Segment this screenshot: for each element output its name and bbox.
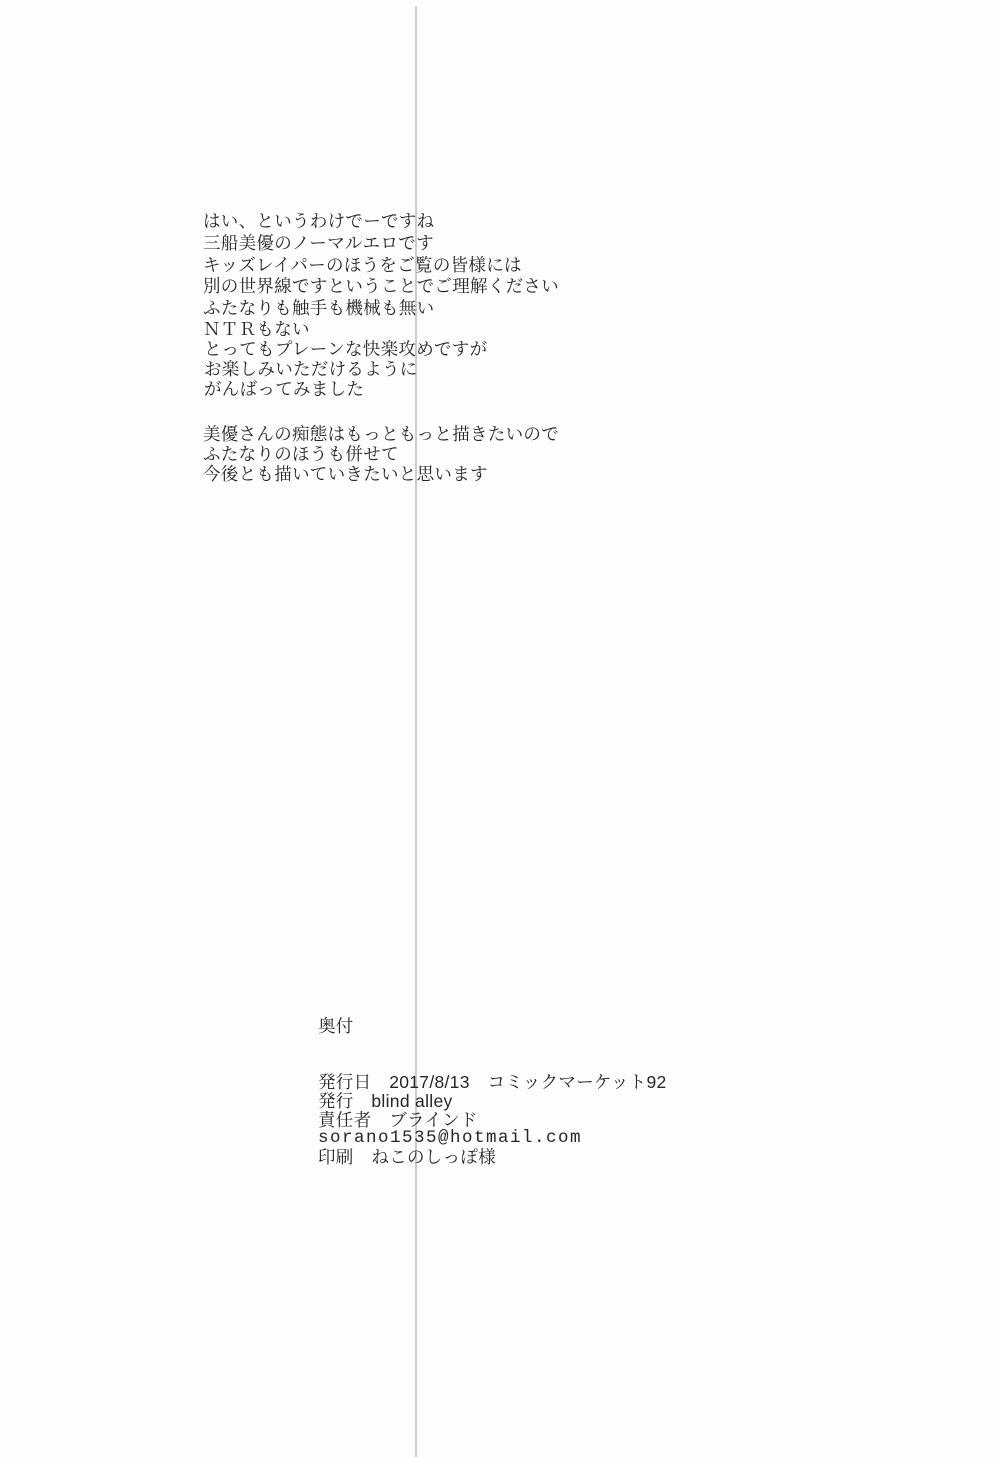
text-line: ＮＴＲもない xyxy=(203,319,434,340)
text-line: キッズレイパーのほうをご覧の皆様には xyxy=(203,255,559,277)
colophon-title: 奥付 xyxy=(318,1017,667,1036)
text-line: 別の世界線ですということでご理解ください xyxy=(203,276,559,298)
text-line: ふたなりも触手も機械も無い xyxy=(203,298,434,319)
afterword-paragraph-1: はい、というわけでーですね三船美優のノーマルエロですキッズレイパーのほうをご覧の… xyxy=(203,211,559,298)
text-line: ふたなりのほうも併せて xyxy=(203,444,559,464)
colophon-lines: 発行日 2017/8/13 コミックマーケット92発行 blind alley責… xyxy=(318,1073,667,1167)
text-line: 印刷 ねこのしっぽ様 xyxy=(318,1148,667,1167)
afterword-paragraph-3: とってもプレーンな快楽攻めですがお楽しみいただけるようにがんばってみました xyxy=(204,340,487,399)
text-line: はい、というわけでーですね xyxy=(203,211,559,233)
text-line: とってもプレーンな快楽攻めですが xyxy=(204,340,487,360)
text-line: 三船美優のノーマルエロです xyxy=(203,233,559,255)
text-line: がんばってみました xyxy=(204,380,487,400)
scanned-page: はい、というわけでーですね三船美優のノーマルエロですキッズレイパーのほうをご覧の… xyxy=(0,0,1000,1457)
text-line: お楽しみいただけるように xyxy=(204,360,487,380)
colophon-block: 奥付 発行日 2017/8/13 コミックマーケット92発行 blind all… xyxy=(318,979,667,1205)
text-line: 美優さんの痴態はもっともっと描きたいので xyxy=(203,424,559,444)
text-line: 発行 blind alley xyxy=(318,1092,667,1111)
text-line: 責任者 ブラインド xyxy=(318,1111,667,1130)
afterword-paragraph-4: 美優さんの痴態はもっともっと描きたいのでふたなりのほうも併せて今後とも描いていき… xyxy=(203,424,559,484)
text-line: 今後とも描いていきたいと思います xyxy=(203,464,559,484)
text-line: 発行日 2017/8/13 コミックマーケット92 xyxy=(318,1073,667,1092)
text-line: sorano1535@hotmail.com xyxy=(318,1129,667,1148)
afterword-paragraph-2: ふたなりも触手も機械も無いＮＴＲもない xyxy=(203,298,434,340)
